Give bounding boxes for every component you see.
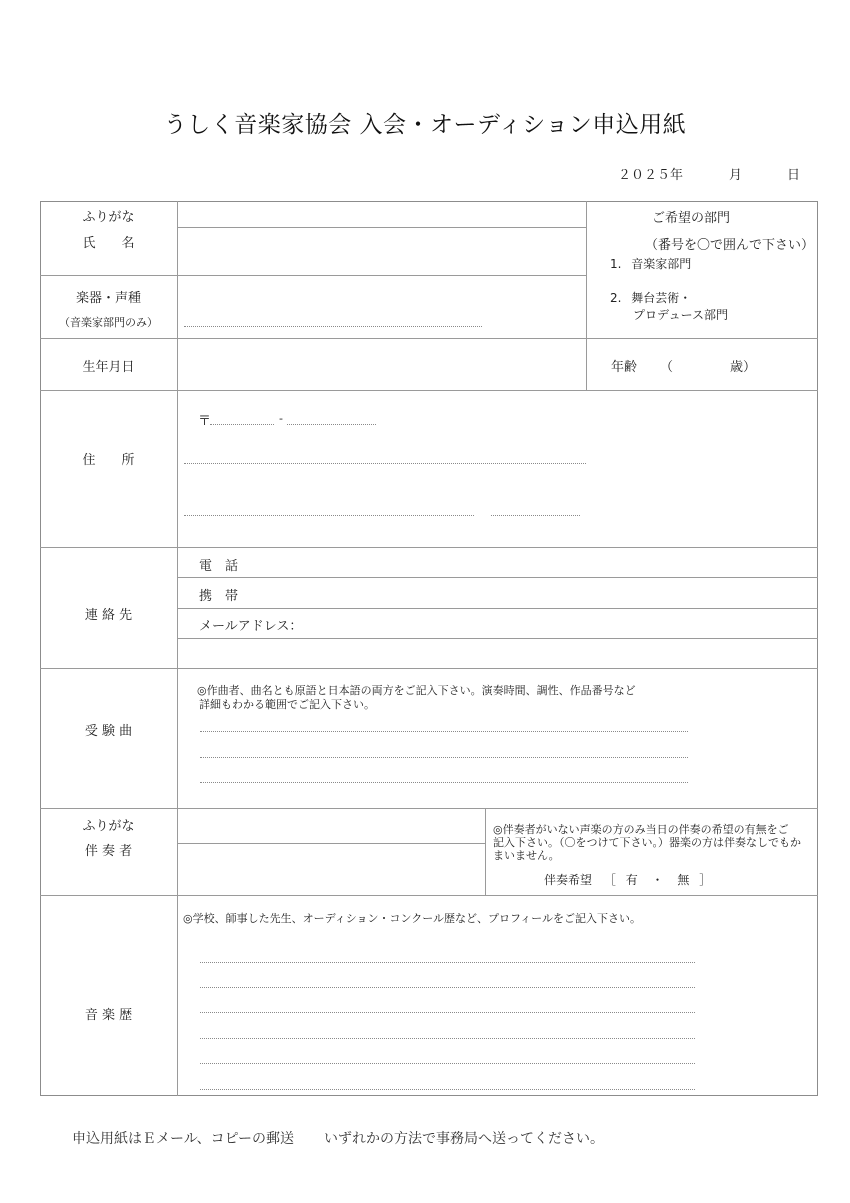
music-history-input-2[interactable] xyxy=(200,970,699,988)
date-year: ２０２５年 xyxy=(618,164,683,183)
age-label: 年齢 xyxy=(611,356,637,375)
row-divider xyxy=(40,338,818,339)
age-open-paren: （ xyxy=(660,356,673,375)
date-day: 日 xyxy=(787,164,800,183)
postal-code-first-input[interactable] xyxy=(210,408,278,426)
furigana-divider xyxy=(177,227,586,228)
birthdate-input[interactable] xyxy=(180,341,586,389)
accompanist-label: 伴 奏 者 xyxy=(40,840,177,859)
music-history-label: 音 楽 歴 xyxy=(40,1004,177,1023)
birthdate-label: 生年月日 xyxy=(40,356,177,375)
submission-instructions-part-2: いずれかの方法で事務局へ送ってください。 xyxy=(324,1131,604,1147)
division-option-1-number: 1. xyxy=(610,257,621,271)
row-divider xyxy=(40,668,818,669)
accompanist-option-yes[interactable]: 有 xyxy=(626,873,638,887)
music-history-input-1[interactable] xyxy=(200,945,699,963)
division-option-2-line2: プロデュース部門 xyxy=(633,306,728,323)
audition-piece-input-2[interactable] xyxy=(200,740,692,758)
age-input[interactable] xyxy=(676,352,730,376)
row-divider xyxy=(40,895,818,896)
email-label: メールアドレス： xyxy=(199,615,302,634)
division-option-2-label: 舞台芸術・ xyxy=(631,291,691,305)
music-history-input-5[interactable] xyxy=(200,1046,699,1064)
age-suffix: 歳） xyxy=(730,356,756,375)
music-history-note: ◎学校、師事した先生、オーディション・コンクール歴など、プロフィールをご記入下さ… xyxy=(183,912,641,926)
audition-piece-input-3[interactable] xyxy=(200,765,692,783)
label-column-divider xyxy=(177,201,178,1096)
address-input-1[interactable] xyxy=(184,444,590,464)
instrument-sublabel: （音楽家部門のみ） xyxy=(40,314,177,330)
email-input-continued[interactable] xyxy=(184,641,814,668)
accompanist-furigana-input[interactable] xyxy=(180,810,486,843)
name-label: 氏 名 xyxy=(40,232,177,251)
submission-instructions: 申込用紙はＥメール、コピーの郵送いずれかの方法で事務局へ送ってください。 xyxy=(72,1128,604,1148)
address-input-3[interactable] xyxy=(491,496,584,516)
division-option-1-label: 音楽家部門 xyxy=(631,257,691,271)
accompanist-option-no[interactable]: 無 xyxy=(677,873,689,887)
row-divider xyxy=(40,390,818,391)
date-month: 月 xyxy=(729,164,742,183)
phone-input[interactable] xyxy=(260,550,814,577)
furigana-input[interactable] xyxy=(180,203,586,227)
audition-piece-input-1[interactable] xyxy=(200,714,692,732)
option-separator: ・ xyxy=(652,873,664,887)
division-title: ご希望の部門 xyxy=(652,207,730,226)
audition-pieces-label: 受 験 曲 xyxy=(40,720,177,739)
row-divider xyxy=(40,808,818,809)
bracket-open: ［ xyxy=(604,873,616,887)
division-column-divider xyxy=(586,201,587,390)
audition-pieces-note-line-2: 詳細もわかる範囲でご記入下さい。 xyxy=(199,698,375,712)
email-input[interactable] xyxy=(312,610,814,638)
division-instruction: （番号を〇で囲んで下さい） xyxy=(645,234,814,253)
address-input-2[interactable] xyxy=(184,496,478,516)
accompanist-note-line-3: まいません。 xyxy=(493,849,560,863)
postal-code-second-input[interactable] xyxy=(287,408,380,426)
furigana-label: ふりがな xyxy=(40,206,177,225)
bracket-close: ］ xyxy=(699,873,711,887)
accompanist-note-line-2: 記入下さい。（〇をつけて下さい。）器楽の方は伴奏なしでもか xyxy=(493,836,801,850)
music-history-input-4[interactable] xyxy=(200,1021,699,1039)
contact-divider xyxy=(177,577,818,578)
music-history-input-6[interactable] xyxy=(200,1072,699,1090)
contact-divider xyxy=(177,608,818,609)
phone-label: 電 話 xyxy=(199,555,238,574)
division-option-2-number: 2. xyxy=(610,291,621,305)
row-divider xyxy=(40,547,818,548)
form-title: うしく音楽家協会 入会・オーディション申込用紙 xyxy=(0,106,850,139)
accompanist-request: 伴奏希望 ［ 有 ・ 無 ］ xyxy=(544,871,711,888)
accompanist-note-line-1: ◎伴奏者がいない声楽の方のみ当日の伴奏の希望の有無をご xyxy=(493,823,789,837)
contact-divider xyxy=(177,638,818,639)
name-input[interactable] xyxy=(180,230,586,275)
division-option-2[interactable]: 2. 舞台芸術・ xyxy=(610,289,691,306)
accompanist-furigana-label: ふりがな xyxy=(40,815,177,834)
mobile-input[interactable] xyxy=(260,580,814,608)
mobile-label: 携 帯 xyxy=(199,585,238,604)
address-label: 住 所 xyxy=(40,449,177,468)
music-history-input-3[interactable] xyxy=(200,995,699,1013)
accompanist-name-input[interactable] xyxy=(180,846,486,894)
accompanist-furigana-divider xyxy=(177,843,485,844)
contact-label: 連 絡 先 xyxy=(40,604,177,623)
name-instrument-divider xyxy=(40,275,586,276)
division-option-1[interactable]: 1. 音楽家部門 xyxy=(610,255,691,272)
postal-separator: - xyxy=(279,412,283,425)
accompanist-request-label: 伴奏希望 xyxy=(544,873,592,887)
submission-instructions-part-1: 申込用紙はＥメール、コピーの郵送 xyxy=(72,1131,294,1147)
audition-pieces-note-line-1: ◎作曲者、曲名とも原語と日本語の両方をご記入下さい。演奏時間、調性、作品番号など xyxy=(197,684,636,698)
instrument-input[interactable] xyxy=(184,300,486,326)
instrument-writing-line xyxy=(184,326,482,327)
instrument-label: 楽器・声種 xyxy=(40,287,177,306)
